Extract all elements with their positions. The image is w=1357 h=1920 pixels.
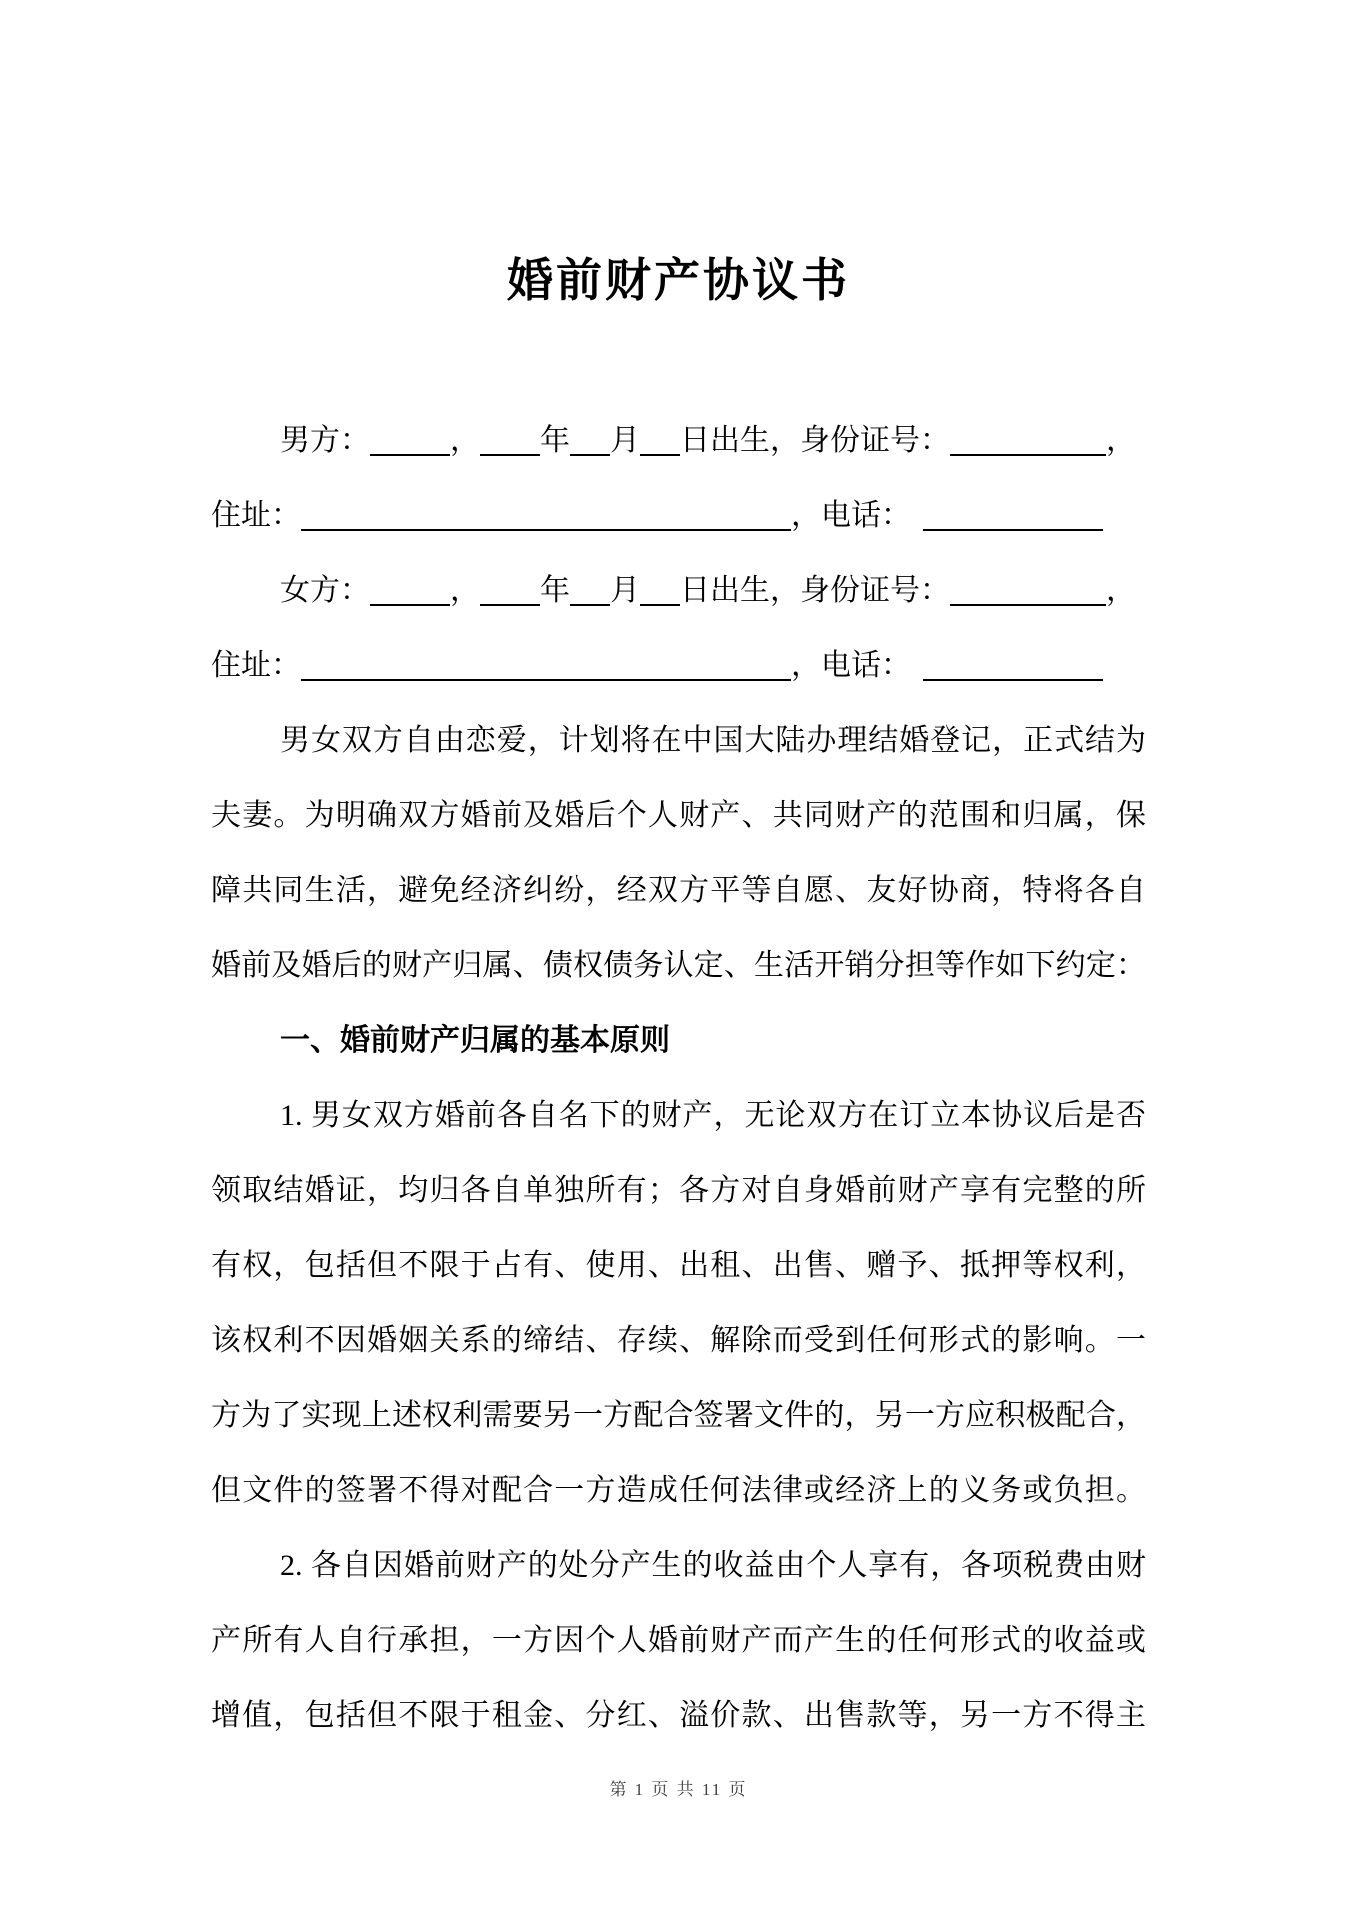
paragraph-line: 产所有人自行承担，一方因个人婚前财产而产生的任何形式的收益或 [211, 1603, 1146, 1678]
party-text: ， [1106, 574, 1136, 607]
party-text: 月 [610, 424, 640, 457]
blank-field [640, 454, 680, 456]
party-text: 日出生，身份证号： [680, 424, 950, 457]
paragraph-line: 方为了实现上述权利需要另一方配合签署文件的，另一方应积极配合， [211, 1378, 1146, 1453]
blank-field [370, 604, 450, 606]
paragraph-line: 领取结婚证，均归各自单独所有；各方对自身婚前财产享有完整的所 [211, 1153, 1146, 1228]
section-heading: 一、婚前财产归属的基本原则 [211, 1003, 1146, 1078]
party-text: 女方： [280, 574, 370, 607]
blank-field [950, 604, 1106, 606]
party-text: ， [450, 424, 480, 457]
party-info-line: 住址：，电话： [211, 478, 1146, 553]
blank-field [370, 454, 450, 456]
paragraph-line: 1. 男女双方婚前各自名下的财产，无论双方在订立本协议后是否 [211, 1078, 1146, 1153]
party-text: ， [450, 574, 480, 607]
party-text: 日出生，身份证号： [680, 574, 950, 607]
paragraph-line: 障共同生活，避免经济纠纷，经双方平等自愿、友好协商，特将各自 [211, 853, 1146, 928]
party-text: 住址： [211, 499, 301, 532]
paragraph-line: 夫妻。为明确双方婚前及婚后个人财产、共同财产的范围和归属，保 [211, 778, 1146, 853]
blank-field [923, 679, 1103, 681]
paragraph-line: 该权利不因婚姻关系的缔结、存续、解除而受到任何形式的影响。一 [211, 1303, 1146, 1378]
blank-field [301, 679, 791, 681]
paragraph-line: 有权，包括但不限于占有、使用、出租、出售、赠予、抵押等权利， [211, 1228, 1146, 1303]
paragraph-line: 但文件的签署不得对配合一方造成任何法律或经济上的义务或负担。 [211, 1453, 1146, 1528]
document-content: 男方：，年月日出生，身份证号：，住址：，电话：女方：，年月日出生，身份证号：，住… [211, 403, 1146, 1753]
blank-field [923, 529, 1103, 531]
page-footer: 第 1 页 共 11 页 [211, 1778, 1146, 1802]
paragraph-line: 增值，包括但不限于租金、分红、溢价款、出售款等，另一方不得主 [211, 1678, 1146, 1753]
blank-field [640, 604, 680, 606]
document-title: 婚前财产协议书 [211, 0, 1146, 310]
party-info-line: 男方：，年月日出生，身份证号：， [211, 403, 1146, 478]
party-text: ， [1106, 424, 1136, 457]
party-text: 住址： [211, 649, 301, 682]
paragraph-line: 2. 各自因婚前财产的处分产生的收益由个人享有，各项税费由财 [211, 1528, 1146, 1603]
blank-field [570, 454, 610, 456]
blank-field [301, 529, 791, 531]
blank-field [950, 454, 1106, 456]
party-text: 男方： [280, 424, 370, 457]
party-text: 月 [610, 574, 640, 607]
party-info-line: 女方：，年月日出生，身份证号：， [211, 553, 1146, 628]
party-text: ，电话： [791, 649, 911, 682]
party-text: ，电话： [791, 499, 911, 532]
paragraph-line: 婚前及婚后的财产归属、债权债务认定、生活开销分担等作如下约定： [211, 928, 1146, 1003]
party-text: 年 [540, 574, 570, 607]
document-page: 婚前财产协议书 男方：，年月日出生，身份证号：，住址：，电话：女方：，年月日出生… [0, 0, 1357, 1920]
party-info-line: 住址：，电话： [211, 628, 1146, 703]
blank-field [570, 604, 610, 606]
blank-field [480, 604, 540, 606]
party-text: 年 [540, 424, 570, 457]
blank-field [480, 454, 540, 456]
paragraph-line: 男女双方自由恋爱，计划将在中国大陆办理结婚登记，正式结为 [211, 703, 1146, 778]
